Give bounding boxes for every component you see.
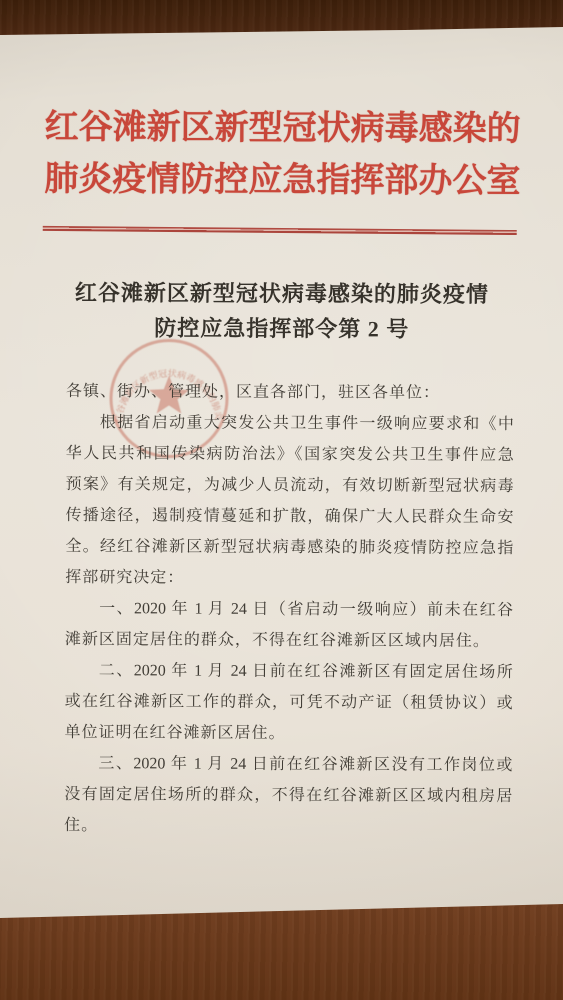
- document-line: 单位证明在红谷滩新区居住。: [64, 717, 512, 750]
- document-line: 或在红谷滩新区工作的群众，可凭不动产证（租赁协议）或: [65, 686, 513, 719]
- document-line: 住。: [64, 810, 512, 843]
- document-line: 传播途径，遏制疫情蔓延和扩散，确保广大人民群众生命安: [65, 500, 513, 533]
- document-line: 一、2020 年 1 月 24 日（省启动一级响应）前未在红谷: [65, 593, 513, 626]
- document-title-line2: 防控应急指挥部令第 2 号: [0, 310, 563, 347]
- photo-of-document: 红谷滩新区新型冠状病毒感染的 肺炎疫情防控应急指挥部办公室 红谷滩新区新型冠状病…: [0, 0, 563, 1000]
- letterhead-line1: 红谷滩新区新型冠状病毒感染的: [1, 101, 563, 155]
- document-line: 滩新区固定居住的群众，不得在红谷滩新区区域内居住。: [65, 624, 513, 657]
- document-line: 挥部研究决定：: [65, 562, 513, 595]
- document-body: 各镇、街办、管理处，区直各部门，驻区各单位： 根据省启动重大突发公共卫生事件一级…: [64, 376, 514, 843]
- letterhead-line2: 肺炎疫情防控应急指挥部办公室: [1, 153, 563, 207]
- document-line: 预案》有关规定，为减少人员流动，有效切断新型冠状病毒: [66, 469, 514, 502]
- letterhead: 红谷滩新区新型冠状病毒感染的 肺炎疫情防控应急指挥部办公室: [1, 101, 563, 207]
- document-line: 华人民共和国传染病防治法》《国家突发公共卫生事件应急: [66, 438, 514, 471]
- red-divider-rule: [43, 226, 517, 235]
- document-line: 根据省启动重大突发公共卫生事件一级响应要求和《中: [66, 407, 514, 440]
- salutation-line: 各镇、街办、管理处，区直各部门，驻区各单位：: [66, 376, 514, 409]
- document-title-line1: 红谷滩新区新型冠状病毒感染的肺炎疫情: [0, 275, 563, 312]
- document-line: 二、2020 年 1 月 24 日前在红谷滩新区有固定居住场所: [65, 655, 513, 688]
- document-content: 红谷滩新区新型冠状病毒感染的 肺炎疫情防控应急指挥部办公室 红谷滩新区新型冠状病…: [0, 0, 563, 1000]
- document-line: 全。经红谷滩新区新型冠状病毒感染的肺炎疫情防控应急指: [65, 531, 513, 564]
- document-line: 没有固定居住场所的群众，不得在红谷滩新区区域内租房居: [64, 779, 512, 812]
- document-title: 红谷滩新区新型冠状病毒感染的肺炎疫情 防控应急指挥部令第 2 号: [0, 275, 563, 347]
- document-line: 三、2020 年 1 月 24 日前在红谷滩新区没有工作岗位或: [64, 748, 512, 781]
